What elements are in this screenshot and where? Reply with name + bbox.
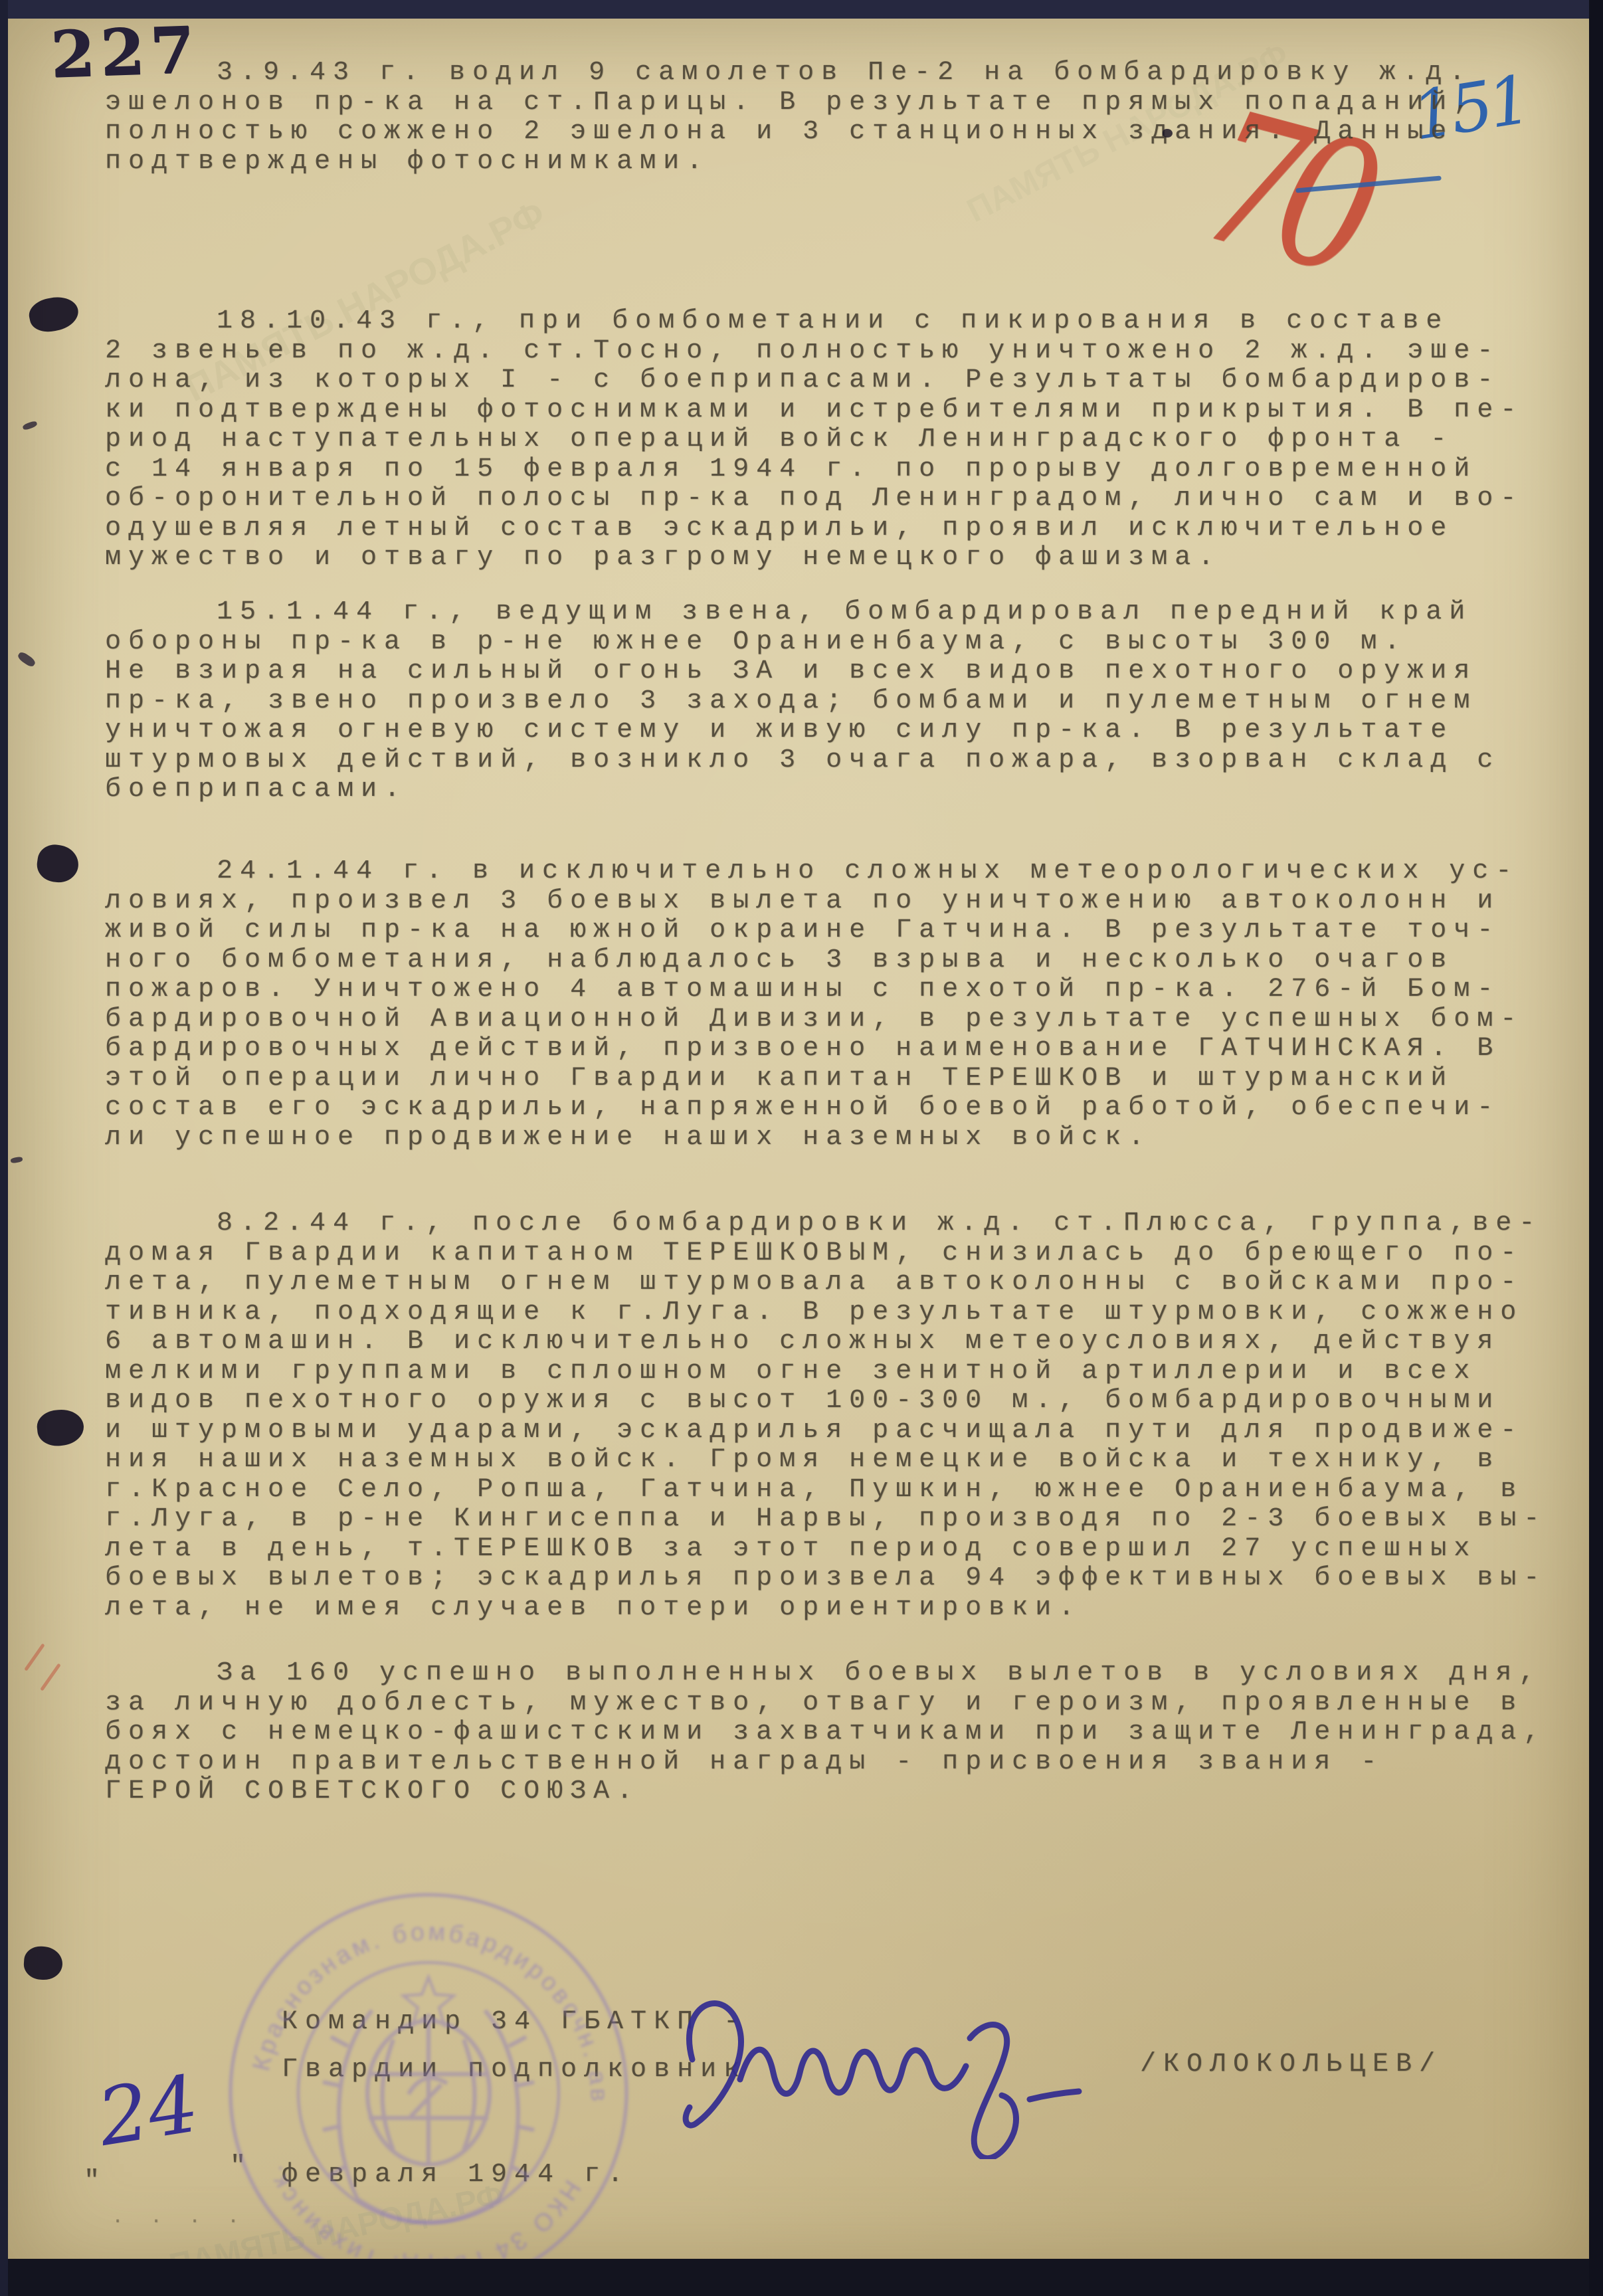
typed-line: ГЕРОЙ СОВЕТСКОГО СОЮЗА. (105, 1777, 1547, 1807)
typed-paragraph: За 160 успешно выполненных боевых вылето… (105, 1659, 1547, 1807)
typed-line: ния наших наземных войск. Громя немецкие… (105, 1446, 1547, 1476)
typed-line: ки подтверждены фотоснимками и истребите… (105, 396, 1523, 426)
typed-line: боях с немецко-фашистскими захватчиками … (105, 1718, 1547, 1748)
typed-line: мужество и отвагу по разгрому немецкого … (105, 543, 1523, 573)
typed-line: Не взирая на сильный огонь ЗА и всех вид… (105, 657, 1500, 687)
red-margin-slash (24, 1643, 45, 1671)
ink-blot (35, 842, 80, 885)
typed-line: лета, не имея случаев потери ориентировк… (105, 1594, 1547, 1624)
typed-paragraph: 8.2.44 г., после бомбардировки ж.д. ст.П… (105, 1209, 1547, 1623)
photo-edge-right (1589, 0, 1603, 2296)
margin-tick (22, 421, 38, 431)
typed-paragraph: 15.1.44 г., ведущим звена, бомбардировал… (105, 598, 1500, 805)
unit-seal-stamp: Краснознам. бомбардировочн. авиаполк НКО… (199, 1887, 664, 2296)
typed-line: За 160 успешно выполненных боевых вылето… (105, 1659, 1547, 1689)
typed-line: боеприпасами. (105, 775, 1500, 805)
typed-line: тивника, подходящие к г.Луга. В результа… (105, 1298, 1547, 1328)
typed-paragraph: 3.9.43 г. водил 9 самолетов Пе-2 на бомб… (105, 58, 1477, 177)
date-day-handwritten: 24 (92, 2057, 205, 2164)
typed-line: эшелонов пр-ка на ст.Парицы. В результат… (105, 88, 1477, 118)
typed-line: ного бомбометания, наблюдалось 3 взрыва … (105, 946, 1523, 976)
typed-line: 24.1.44 г. в исключительно сложных метео… (105, 857, 1523, 887)
typed-line: этой операции лично Гвардии капитан ТЕРЕ… (105, 1064, 1523, 1094)
typed-line: бардировочной Авиационной Дивизии, в рез… (105, 1005, 1523, 1035)
typed-line: лона, из которых I - с боеприпасами. Рез… (105, 366, 1523, 396)
typed-line: 3.9.43 г. водил 9 самолетов Пе-2 на бомб… (105, 58, 1477, 88)
typed-line: за личную доблесть, мужество, отвагу и г… (105, 1689, 1547, 1719)
typed-line: бардировочных действий, призвоено наимен… (105, 1034, 1523, 1064)
typed-line: боевых вылетов; эскадрилья произвела 94 … (105, 1564, 1547, 1594)
typed-line: г.Луга, в р-не Кингисеппа и Нарвы, произ… (105, 1505, 1547, 1535)
margin-tick (10, 1156, 23, 1163)
typed-line: пожаров. Уничтожено 4 автомашины с пехот… (105, 975, 1523, 1005)
typed-line: 8.2.44 г., после бомбардировки ж.д. ст.П… (105, 1209, 1547, 1239)
typed-line: обороны пр-ка в р-не южнее Ораниенбаума,… (105, 628, 1500, 658)
photo-edge-bottom (0, 2259, 1603, 2296)
typed-line: состав его эскадрильи, напряженной боево… (105, 1094, 1523, 1123)
red-margin-slash (40, 1663, 61, 1691)
typed-line: ловиях, произвел 3 боевых вылета по унич… (105, 887, 1523, 917)
typed-line: видов пехотного оружия с высот 100-300 м… (105, 1387, 1547, 1416)
scanned-document-photo: ПАМЯТЬ НАРОДА.РФ ПАМЯТЬ НАРОДА.РФ ПАМЯТЬ… (0, 0, 1603, 2296)
margin-tick (17, 650, 37, 668)
typed-line: риод наступательных операций войск Ленин… (105, 425, 1523, 455)
photo-edge-left (0, 0, 8, 2296)
typed-line: пр-ка, звено произвело 3 захода; бомбами… (105, 687, 1500, 717)
ink-blot (35, 1407, 85, 1448)
typed-line: лета, пулеметным огнем штурмовала автоко… (105, 1268, 1547, 1298)
typed-line: ли успешное продвижение наших наземных в… (105, 1123, 1523, 1153)
typed-line: г.Красное Село, Ропша, Гатчина, Пушкин, … (105, 1476, 1547, 1505)
ink-blot (27, 293, 82, 335)
typed-line: подтверждены фотоснимками. (105, 147, 1477, 177)
photo-edge-top (0, 0, 1603, 19)
ink-blot (23, 1945, 63, 1981)
typed-line: полностью сожжено 2 эшелона и 3 станцион… (105, 118, 1477, 147)
typed-line: одушевляя летный состав эскадрильи, проя… (105, 514, 1523, 544)
ussr-coat-of-arms-icon (323, 1977, 534, 2222)
typed-line: домая Гвардии капитаном ТЕРЕШКОВЫМ, сниз… (105, 1239, 1547, 1269)
typed-line: достоин правительственной награды - прис… (105, 1748, 1547, 1778)
commander-signature-autograph (658, 1940, 1123, 2159)
typed-paragraph: 24.1.44 г. в исключительно сложных метео… (105, 857, 1523, 1153)
typed-line: 6 автомашин. В исключительно сложных мет… (105, 1327, 1547, 1357)
typed-paragraph: 18.10.43 г., при бомбометании с пикирова… (105, 307, 1523, 573)
typed-line: с 14 января по 15 февраля 1944 г. по про… (105, 455, 1523, 485)
typed-line: 18.10.43 г., при бомбометании с пикирова… (105, 307, 1523, 337)
typed-line: 15.1.44 г., ведущим звена, бомбардировал… (105, 598, 1500, 628)
typed-line: и штурмовыми ударами, эскадрилья расчища… (105, 1416, 1547, 1446)
typed-line: живой силы пр-ка на южной окраине Гатчин… (105, 916, 1523, 946)
typed-line: 2 звеньев по ж.д. ст.Тосно, полностью ун… (105, 337, 1523, 367)
signer-surname: /КОЛОКОЛЬЦЕВ/ (1140, 2050, 1442, 2080)
typed-line: мелкими группами в сплошном огне зенитно… (105, 1357, 1547, 1387)
typed-line: об-оронительной полосы пр-ка под Ленингр… (105, 484, 1523, 514)
document-page: ПАМЯТЬ НАРОДА.РФ ПАМЯТЬ НАРОДА.РФ ПАМЯТЬ… (0, 0, 1603, 2296)
typed-line: лета в день, т.ТЕРЕШКОВ за этот период с… (105, 1535, 1547, 1565)
ink-fleck (1163, 129, 1173, 138)
typed-line: уничтожая огневую систему и живую силу п… (105, 716, 1500, 746)
date-open-quote: " (84, 2167, 107, 2197)
typed-line: штурмовых действий, возникло 3 очага пож… (105, 746, 1500, 776)
